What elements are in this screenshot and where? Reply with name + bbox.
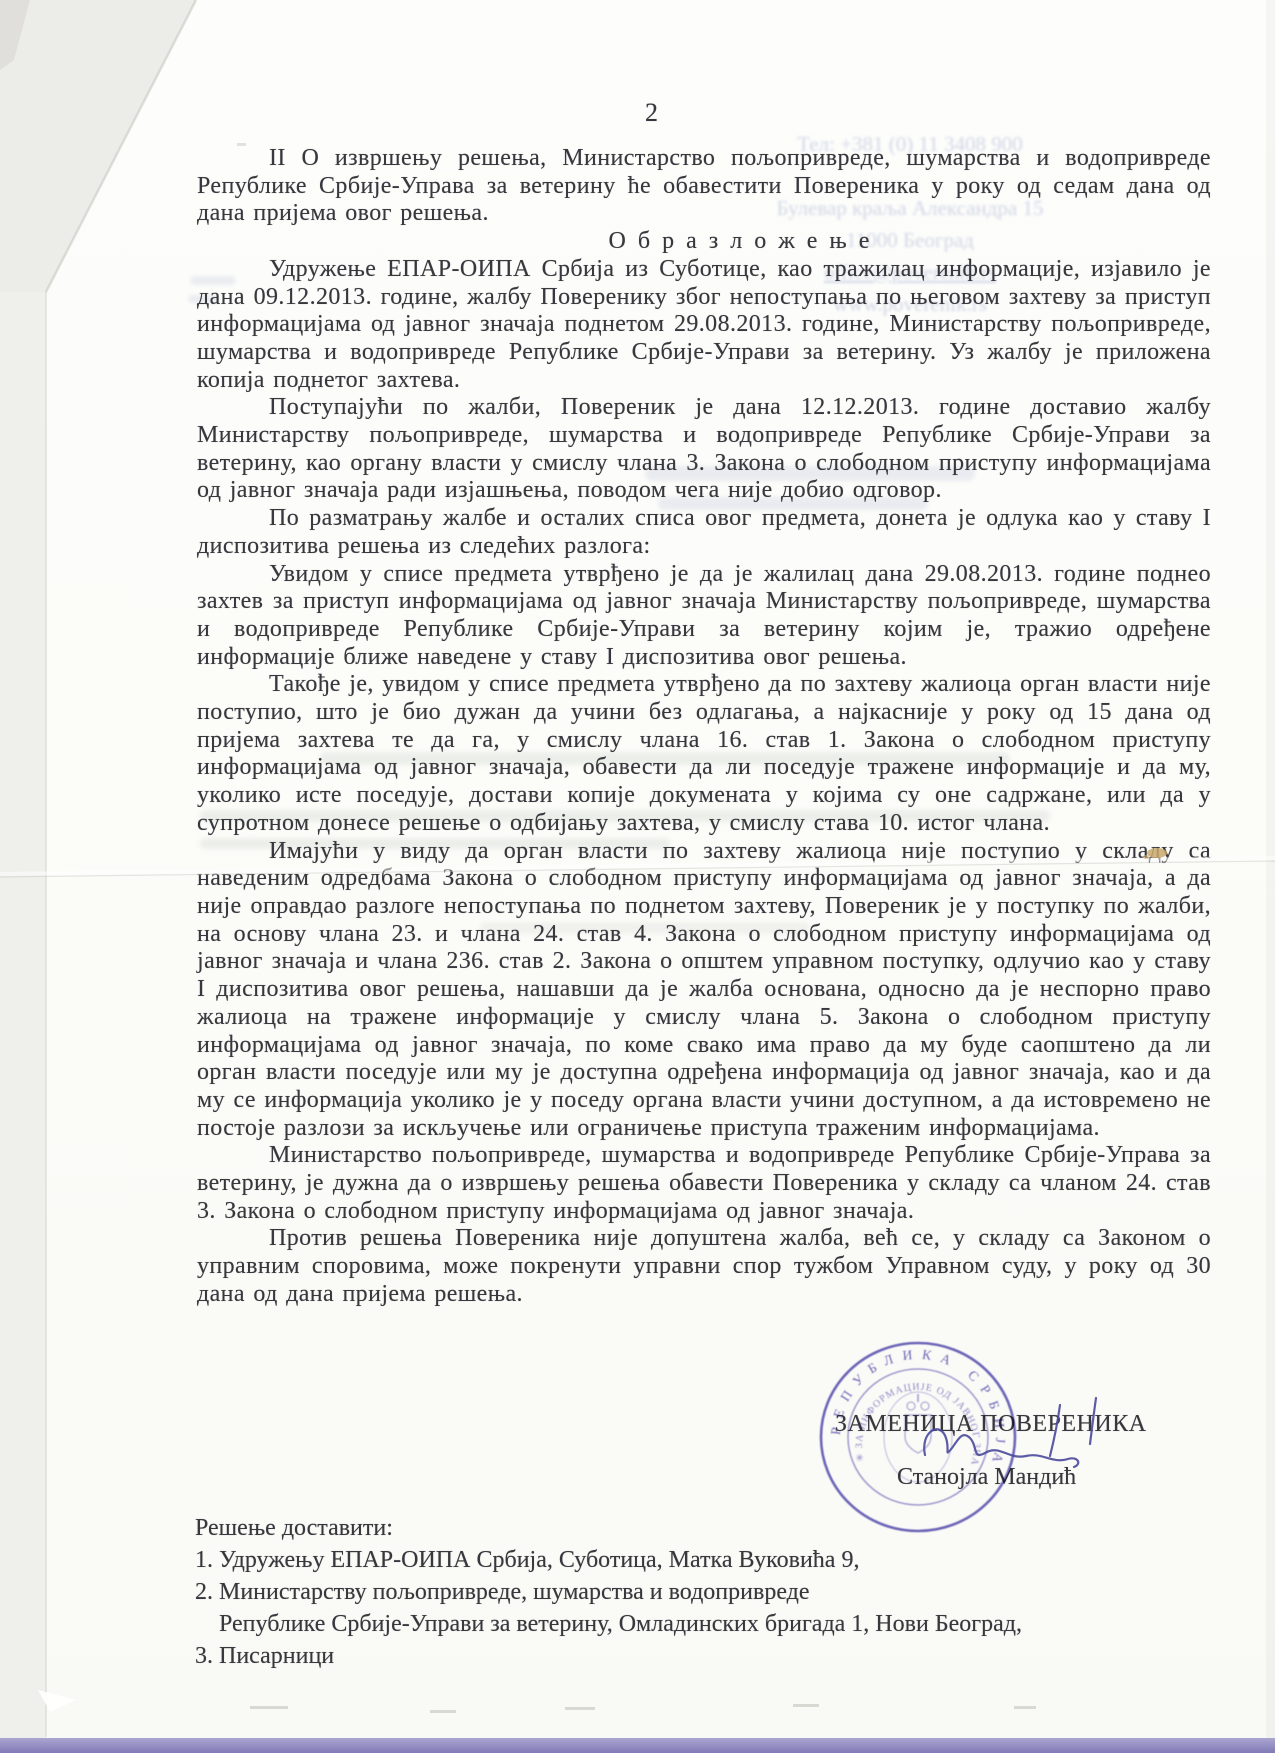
- paragraph: Увидом у списе предмета утврђено је да ј…: [197, 561, 1211, 672]
- paragraph: Против решења Повереника није допуштена …: [197, 1225, 1211, 1308]
- delivery-title: Решење доставити:: [195, 1512, 1095, 1544]
- signatory-title: ЗАМЕНИЦА ПОВЕРЕНИКА: [835, 1411, 1147, 1438]
- paragraph: Министарство пољопривреде, шумарства и в…: [197, 1142, 1211, 1225]
- svg-text:РЕПУБЛИКА СРБИЈА: РЕПУБЛИКА СРБИЈА: [828, 1346, 1009, 1473]
- delivery-item: 1. Удружењу ЕПАР-ОИПА Србија, Суботица, …: [195, 1544, 1095, 1576]
- delivery-item: 3. Писарници: [195, 1640, 1095, 1672]
- paragraph-enforcement-clause: II О извршењу решења, Министарство пољоп…: [197, 145, 1211, 228]
- section-heading-rationale: О б р а з л о ж е њ е: [197, 228, 1211, 256]
- delivery-item-continuation: Републике Србије-Управи за ветерину, Омл…: [195, 1608, 1095, 1640]
- delivery-item: 2. Министарству пољопривреде, шумарства …: [195, 1576, 1095, 1608]
- page-number: 2: [645, 98, 658, 128]
- paragraph: Имајући у виду да орган власти по захтев…: [197, 838, 1211, 1143]
- paragraph: По разматрању жалбе и осталих списа овог…: [197, 505, 1211, 560]
- signatory-name: Станојла Мандић: [897, 1464, 1076, 1491]
- scanned-page: Тел: +381 (0) 11 3408 900 Булевар краља …: [0, 0, 1275, 1753]
- delivery-list: Решење доставити: 1. Удружењу ЕПАР-ОИПА …: [195, 1512, 1095, 1672]
- paragraph: Такође је, увидом у списе предмета утврђ…: [197, 671, 1211, 837]
- paragraph: Удружење ЕПАР-ОИПА Србија из Суботице, к…: [197, 256, 1211, 395]
- scanner-band: [0, 1738, 1275, 1753]
- stamp-outer-text: РЕПУБЛИКА СРБИЈА: [828, 1346, 1009, 1473]
- document-body: II О извршењу решења, Министарство пољоп…: [197, 145, 1211, 1309]
- paragraph: Поступајући по жалби, Повереник је дана …: [197, 394, 1211, 505]
